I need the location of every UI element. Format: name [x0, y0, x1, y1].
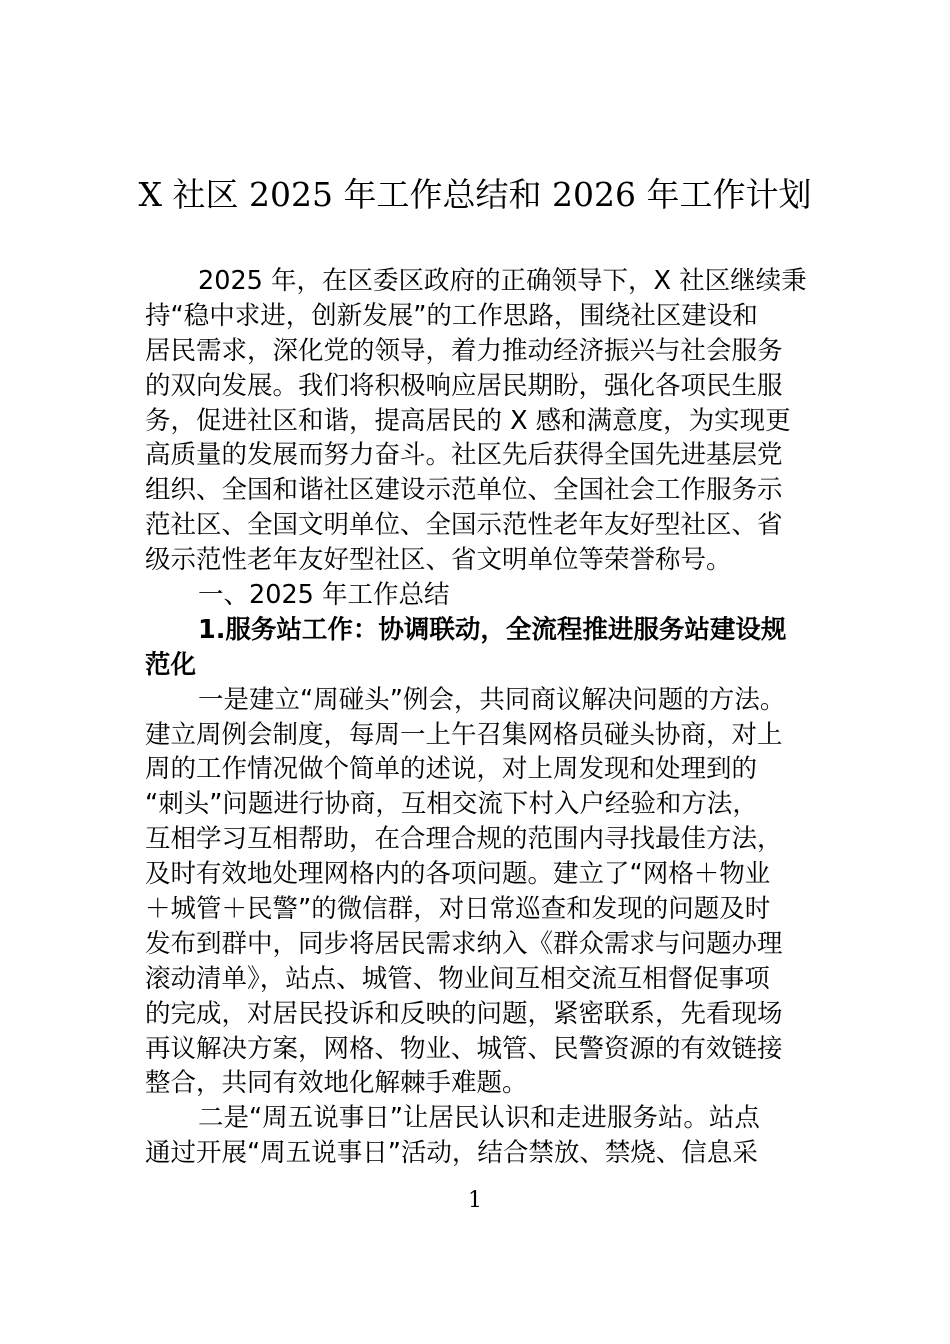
text-line: 滚动清单》，站点、城管、物业间互相交流互相督促事项 — [145, 962, 815, 997]
subsection-heading: 1.服务站工作：协调联动，全流程推进服务站建设规 范化 — [145, 613, 815, 683]
intro-paragraph: 2025 年，在区委区政府的正确领导下，X 社区继续秉 持“稳中求进，创新发展”… — [145, 264, 815, 578]
text-line: 发布到群中，同步将居民需求纳入《群众需求与问题办理 — [145, 927, 815, 962]
section-heading-text: 一、2025 年工作总结 — [145, 578, 815, 613]
text-line: 整合，共同有效地化解棘手难题。 — [145, 1066, 815, 1101]
text-line: 及时有效地处理网格内的各项问题。建立了“网格＋物业 — [145, 857, 815, 892]
text-line: 组织、全国和谐社区建设示范单位、全国社会工作服务示 — [145, 473, 815, 508]
document-body: 2025 年，在区委区政府的正确领导下，X 社区继续秉 持“稳中求进，创新发展”… — [145, 264, 815, 1171]
body-paragraph-friday-day: 二是“周五说事日”让居民认识和走进服务站。站点 通过开展“周五说事日”活动，结合… — [145, 1101, 815, 1171]
text-line: 建立周例会制度，每周一上午召集网格员碰头协商，对上 — [145, 718, 815, 753]
text-line: 级示范性老年友好型社区、省文明单位等荣誉称号。 — [145, 543, 815, 578]
text-line: 务，促进社区和谐，提高居民的 X 感和满意度，为实现更 — [145, 404, 815, 439]
text-line: 持“稳中求进，创新发展”的工作思路，围绕社区建设和 — [145, 299, 815, 334]
text-line: ＋城管＋民警”的微信群，对日常巡查和发现的问题及时 — [145, 892, 815, 927]
text-line: 周的工作情况做个简单的述说，对上周发现和处理到的 — [145, 752, 815, 787]
text-line: 的完成，对居民投诉和反映的问题，紧密联系，先看现场 — [145, 997, 815, 1032]
text-line: 高质量的发展而努力奋斗。社区先后获得全国先进基层党 — [145, 438, 815, 473]
text-line: 居民需求，深化党的领导，着力推动经济振兴与社会服务 — [145, 334, 815, 369]
subsection-heading-line: 1.服务站工作：协调联动，全流程推进服务站建设规 — [145, 613, 815, 648]
text-line: 通过开展“周五说事日”活动，结合禁放、禁烧、信息采 — [145, 1136, 815, 1171]
text-line: 二是“周五说事日”让居民认识和走进服务站。站点 — [145, 1101, 815, 1136]
text-line: “刺头”问题进行协商，互相交流下村入户经验和方法， — [145, 787, 815, 822]
text-line: 的双向发展。我们将积极响应居民期盼，强化各项民生服 — [145, 369, 815, 404]
document-title: X 社区 2025 年工作总结和 2026 年工作计划 — [0, 172, 950, 218]
document-page: X 社区 2025 年工作总结和 2026 年工作计划 2025 年，在区委区政… — [0, 0, 950, 1344]
section-heading: 一、2025 年工作总结 — [145, 578, 815, 613]
text-line: 互相学习互相帮助，在合理合规的范围内寻找最佳方法， — [145, 822, 815, 857]
text-line: 一是建立“周碰头”例会，共同商议解决问题的方法。 — [145, 683, 815, 718]
text-line: 再议解决方案，网格、物业、城管、民警资源的有效链接 — [145, 1032, 815, 1067]
page-number: 1 — [0, 1186, 950, 1216]
text-line: 范社区、全国文明单位、全国示范性老年友好型社区、省 — [145, 508, 815, 543]
body-paragraph-weekly-meeting: 一是建立“周碰头”例会，共同商议解决问题的方法。 建立周例会制度，每周一上午召集… — [145, 683, 815, 1102]
text-line: 2025 年，在区委区政府的正确领导下，X 社区继续秉 — [145, 264, 815, 299]
subsection-heading-line: 范化 — [145, 648, 815, 683]
